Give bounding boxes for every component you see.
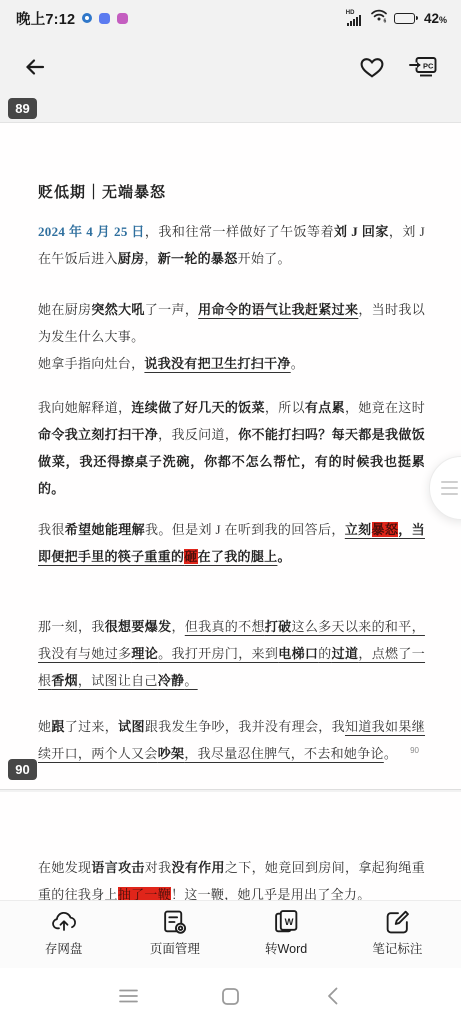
note-annotate-icon <box>384 909 411 935</box>
app-nav-bar: PC <box>0 30 461 94</box>
clock: 晚上7:12 <box>16 8 75 29</box>
document-page-89: 贬低期｜无端暴怒 2024 年 4 月 25 日，我和往常一样做好了午饭等着刘 … <box>0 122 461 790</box>
back-nav-button[interactable] <box>317 980 349 1012</box>
document-page-90: 在她发现语言攻击对我没有作用之下，她竟回到房间，拿起狗绳重重的往我身上抽了一鞭！… <box>0 792 461 900</box>
home-square-icon <box>222 988 239 1005</box>
paragraph: 她在厨房突然大吼了一声，用命令的语气让我赶紧过来，当时我以为发生什么大事。 <box>38 296 425 350</box>
to-word-button[interactable]: W 转Word <box>241 909 331 957</box>
page-89-paragraphs: 2024 年 4 月 25 日，我和往常一样做好了午饭等着刘 J 回家，刘 J … <box>38 218 425 767</box>
paragraph: 我很希望她能理解我。但是刘 J 在听到我的回答后，立刻暴怒，当即便把手里的筷子重… <box>38 516 425 570</box>
svg-text:6: 6 <box>383 19 386 24</box>
wifi-icon: 6 <box>370 8 388 28</box>
back-button[interactable] <box>18 50 52 84</box>
send-to-pc-icon: PC <box>409 54 439 80</box>
paragraph: 她跟了过来，试图跟我发生争吵，我并没有理会，我知道我如果继续开口，两个人又会吵架… <box>38 713 425 767</box>
bottom-toolbar: 存网盘 页面管理 W 转Word 笔记标注 <box>0 900 461 968</box>
status-bar: 晚上7:12 HD <box>0 0 461 30</box>
page-number-chip-90: 90 <box>8 759 37 780</box>
notification-dot-icon <box>82 13 92 23</box>
notification-app2-icon <box>117 13 128 24</box>
heart-icon <box>359 55 385 79</box>
page-manage-icon <box>161 909 188 935</box>
to-word-icon: W <box>273 909 300 935</box>
page-90-paragraphs: 在她发现语言攻击对我没有作用之下，她竟回到房间，拿起狗绳重重的往我身上抽了一鞭！… <box>38 854 425 900</box>
cell-signal-icon: HD <box>346 11 364 26</box>
recents-button[interactable] <box>113 980 145 1012</box>
screen: 晚上7:12 HD <box>0 0 461 1024</box>
send-to-pc-button[interactable]: PC <box>407 50 441 84</box>
cloud-upload-icon <box>50 909 78 935</box>
menu-handle-icon <box>441 481 458 495</box>
section-heading: 贬低期｜无端暴怒 <box>38 181 425 202</box>
printed-page-number: 90 <box>410 746 419 755</box>
svg-text:PC: PC <box>423 61 434 70</box>
paragraph: 她拿手指向灶台，说我没有把卫生打扫干净。 <box>38 350 425 377</box>
home-button[interactable] <box>215 980 247 1012</box>
paragraph: 我向她解释道，连续做了好几天的饭菜，所以有点累，她竟在这时命令我立刻打扫干净，我… <box>38 394 425 502</box>
svg-text:W: W <box>284 916 293 926</box>
notification-app-icon <box>99 13 110 24</box>
page-manage-button[interactable]: 页面管理 <box>130 909 220 957</box>
system-nav-bar <box>0 968 461 1024</box>
paragraph: 2024 年 4 月 25 日，我和往常一样做好了午饭等着刘 J 回家，刘 J … <box>38 218 425 272</box>
page-number-chip-89: 89 <box>8 98 37 119</box>
paragraph: 那一刻，我很想要爆发，但我真的不想打破这么多天以来的和平，我没有与她过多理论。我… <box>38 613 425 694</box>
favorite-button[interactable] <box>355 50 389 84</box>
battery-percent: 42% <box>424 11 447 26</box>
back-arrow-icon <box>23 55 47 79</box>
battery-icon <box>394 13 418 24</box>
menu-icon <box>119 989 138 1003</box>
note-annotate-button[interactable]: 笔记标注 <box>352 909 442 957</box>
paragraph: 在她发现语言攻击对我没有作用之下，她竟回到房间，拿起狗绳重重的往我身上抽了一鞭！… <box>38 854 425 900</box>
save-to-cloud-button[interactable]: 存网盘 <box>19 909 109 957</box>
back-chevron-icon <box>327 987 338 1005</box>
